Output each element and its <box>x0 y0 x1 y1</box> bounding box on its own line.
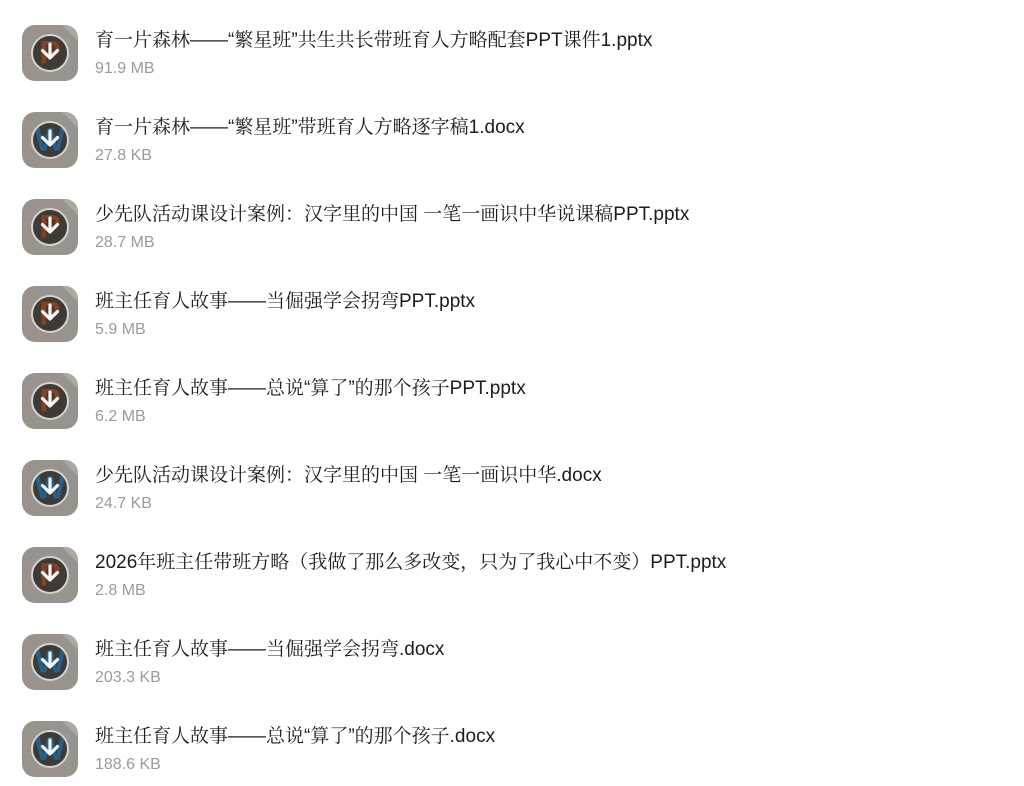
download-file-icon[interactable]: P <box>22 547 78 603</box>
download-file-list: P 育一片森林——“繁星班”共生共长带班育人方略配套PPT课件1.pptx 91… <box>0 0 1024 777</box>
file-name: 班主任育人故事——总说“算了”的那个孩子PPT.pptx <box>95 375 526 402</box>
download-badge: P <box>31 34 69 72</box>
download-badge: P <box>31 208 69 246</box>
download-badge: P <box>31 382 69 420</box>
download-file-icon[interactable]: W <box>22 460 78 516</box>
file-item[interactable]: P 班主任育人故事——当倔强学会拐弯PPT.pptx 5.9 MB <box>22 286 1024 342</box>
file-name: 少先队活动课设计案例：汉字里的中国 一笔一画识中华说课稿PPT.pptx <box>95 201 689 228</box>
file-size: 24.7 KB <box>95 493 602 514</box>
file-item[interactable]: P 少先队活动课设计案例：汉字里的中国 一笔一画识中华说课稿PPT.pptx 2… <box>22 199 1024 255</box>
file-meta: 2026年班主任带班方略（我做了那么多改变，只为了我心中不变）PPT.pptx … <box>95 549 726 601</box>
file-meta: 育一片森林——“繁星班”共生共长带班育人方略配套PPT课件1.pptx 91.9… <box>95 27 652 79</box>
file-item[interactable]: W 少先队活动课设计案例：汉字里的中国 一笔一画识中华.docx 24.7 KB <box>22 460 1024 516</box>
file-meta: 班主任育人故事——当倔强学会拐弯PPT.pptx 5.9 MB <box>95 288 475 340</box>
file-name: 育一片森林——“繁星班”共生共长带班育人方略配套PPT课件1.pptx <box>95 27 652 54</box>
file-size: 5.9 MB <box>95 319 475 340</box>
file-name: 2026年班主任带班方略（我做了那么多改变，只为了我心中不变）PPT.pptx <box>95 549 726 576</box>
file-item[interactable]: P 班主任育人故事——总说“算了”的那个孩子PPT.pptx 6.2 MB <box>22 373 1024 429</box>
download-arrow-icon <box>32 296 68 332</box>
download-arrow-icon <box>32 35 68 71</box>
file-size: 6.2 MB <box>95 406 526 427</box>
download-file-icon[interactable]: P <box>22 286 78 342</box>
file-size: 28.7 MB <box>95 232 689 253</box>
file-meta: 少先队活动课设计案例：汉字里的中国 一笔一画识中华.docx 24.7 KB <box>95 462 602 514</box>
file-item[interactable]: W 班主任育人故事——当倔强学会拐弯.docx 203.3 KB <box>22 634 1024 690</box>
file-meta: 少先队活动课设计案例：汉字里的中国 一笔一画识中华说课稿PPT.pptx 28.… <box>95 201 689 253</box>
file-item[interactable]: W 育一片森林——“繁星班”带班育人方略逐字稿1.docx 27.8 KB <box>22 112 1024 168</box>
file-name: 班主任育人故事——当倔强学会拐弯PPT.pptx <box>95 288 475 315</box>
download-file-icon[interactable]: P <box>22 199 78 255</box>
file-item[interactable]: P 2026年班主任带班方略（我做了那么多改变，只为了我心中不变）PPT.ppt… <box>22 547 1024 603</box>
file-name: 育一片森林——“繁星班”带班育人方略逐字稿1.docx <box>95 114 525 141</box>
download-arrow-icon <box>32 122 68 158</box>
download-arrow-icon <box>32 731 68 767</box>
file-size: 203.3 KB <box>95 667 444 688</box>
file-meta: 班主任育人故事——总说“算了”的那个孩子.docx 188.6 KB <box>95 723 495 775</box>
download-arrow-icon <box>32 557 68 593</box>
download-badge: W <box>31 730 69 768</box>
download-file-icon[interactable]: P <box>22 373 78 429</box>
file-name: 班主任育人故事——总说“算了”的那个孩子.docx <box>95 723 495 750</box>
download-badge: W <box>31 469 69 507</box>
file-meta: 班主任育人故事——当倔强学会拐弯.docx 203.3 KB <box>95 636 444 688</box>
file-size: 27.8 KB <box>95 145 525 166</box>
file-item[interactable]: P 育一片森林——“繁星班”共生共长带班育人方略配套PPT课件1.pptx 91… <box>22 25 1024 81</box>
download-badge: W <box>31 121 69 159</box>
file-size: 2.8 MB <box>95 580 726 601</box>
file-meta: 班主任育人故事——总说“算了”的那个孩子PPT.pptx 6.2 MB <box>95 375 526 427</box>
download-file-icon[interactable]: P <box>22 25 78 81</box>
download-file-icon[interactable]: W <box>22 721 78 777</box>
file-item[interactable]: W 班主任育人故事——总说“算了”的那个孩子.docx 188.6 KB <box>22 721 1024 777</box>
download-file-icon[interactable]: W <box>22 634 78 690</box>
download-arrow-icon <box>32 644 68 680</box>
file-name: 少先队活动课设计案例：汉字里的中国 一笔一画识中华.docx <box>95 462 602 489</box>
download-arrow-icon <box>32 383 68 419</box>
download-arrow-icon <box>32 209 68 245</box>
file-name: 班主任育人故事——当倔强学会拐弯.docx <box>95 636 444 663</box>
file-size: 91.9 MB <box>95 58 652 79</box>
download-badge: W <box>31 643 69 681</box>
download-badge: P <box>31 295 69 333</box>
download-file-icon[interactable]: W <box>22 112 78 168</box>
file-size: 188.6 KB <box>95 754 495 775</box>
file-meta: 育一片森林——“繁星班”带班育人方略逐字稿1.docx 27.8 KB <box>95 114 525 166</box>
download-arrow-icon <box>32 470 68 506</box>
download-badge: P <box>31 556 69 594</box>
